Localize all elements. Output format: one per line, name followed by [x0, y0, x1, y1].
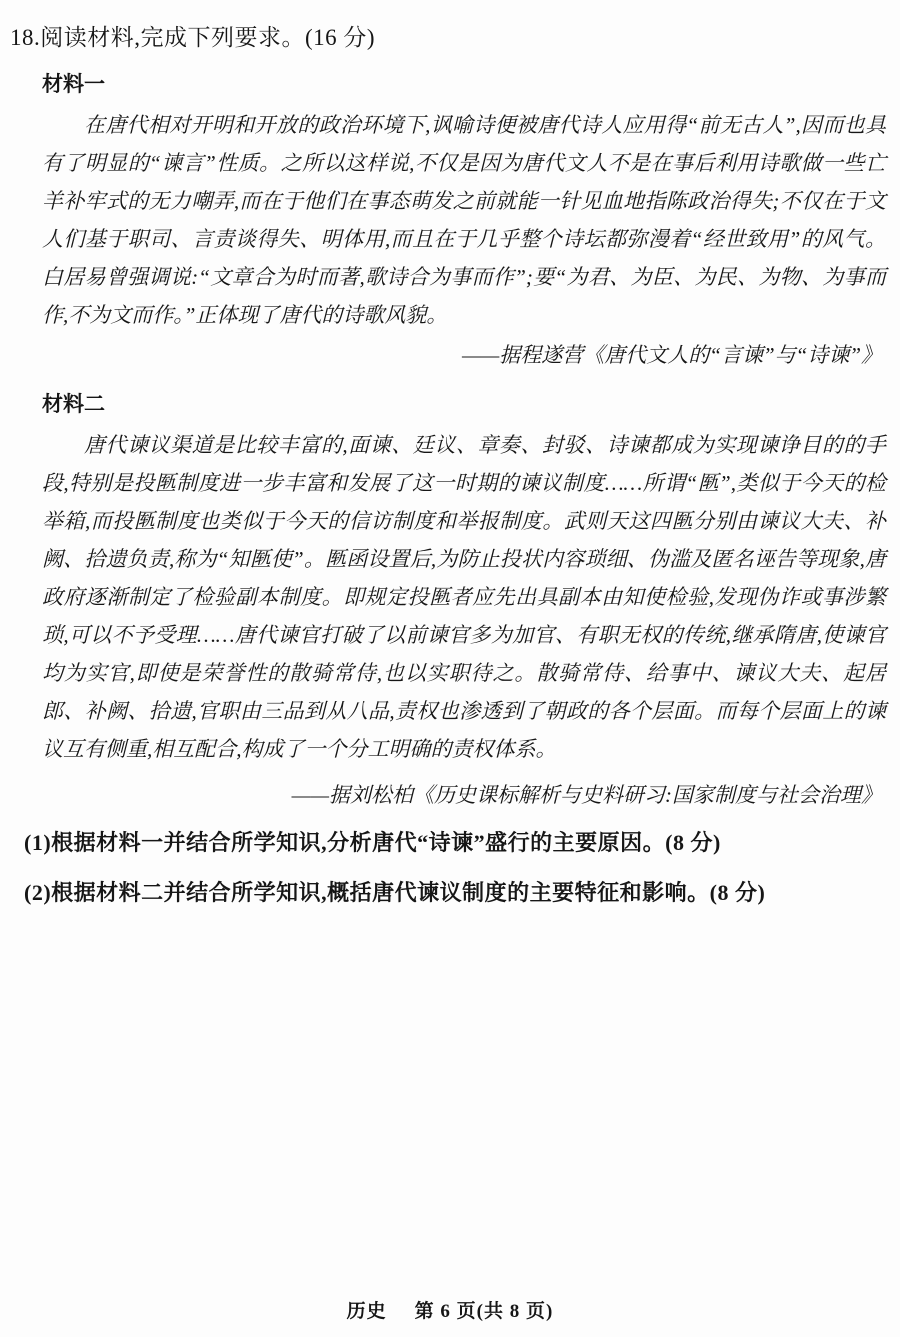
- material-1-source: ——据程遂营《唐代文人的“言谏”与“诗谏”》: [42, 336, 882, 374]
- footer-subject: 历史: [347, 1301, 387, 1322]
- sub-question-2: (2)根据材料二并结合所学知识,概括唐代谏议制度的主要特征和影响。(8 分): [24, 872, 886, 914]
- material-2-source: ——据刘松柏《历史课标解析与史料研习:国家制度与社会治理》: [42, 776, 882, 814]
- material-1-label: 材料一: [42, 70, 886, 100]
- page-footer: 历史第 6 页(共 8 页): [0, 1296, 900, 1323]
- footer-page-number: 第 6 页(共 8 页): [415, 1301, 554, 1322]
- material-1-text: 在唐代相对开明和开放的政治环境下,讽喻诗便被唐代诗人应用得“前无古人”,因而也具…: [42, 106, 886, 334]
- material-2-label: 材料二: [42, 390, 886, 420]
- question-header: 18.阅读材料,完成下列要求。(16 分): [10, 22, 886, 54]
- sub-question-1: (1)根据材料一并结合所学知识,分析唐代“诗谏”盛行的主要原因。(8 分): [24, 822, 886, 864]
- exam-page: 18.阅读材料,完成下列要求。(16 分) 材料一 在唐代相对开明和开放的政治环…: [0, 0, 900, 1337]
- material-2-text: 唐代谏议渠道是比较丰富的,面谏、廷议、章奏、封驳、诗谏都成为实现谏诤目的的手段,…: [42, 426, 886, 768]
